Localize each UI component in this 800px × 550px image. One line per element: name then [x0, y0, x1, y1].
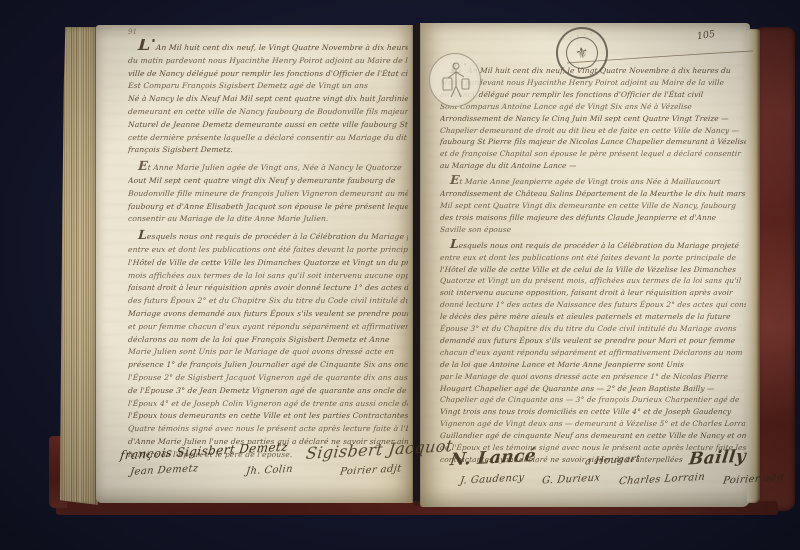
manuscript-line: de Nancy délégué pour remplir les foncti… — [440, 89, 747, 101]
manuscript-line: Quatorze et Vingt un du présent mois, af… — [440, 275, 747, 287]
manuscript-line: l'Hôtel de Ville de cette Ville les Dima… — [128, 257, 409, 270]
manuscript-line: Lesquels nous ont requis de procéder à l… — [440, 239, 747, 252]
manuscript-line: Lesquels nous ont requis de procéder à l… — [127, 229, 408, 244]
manuscript-line: Et Anne Marie Julien agée de Vingt ans, … — [127, 160, 408, 175]
manuscript-line: des trois maisons fille majeure des défu… — [440, 212, 747, 224]
signature-row: Jean DemetzJh. ColinPoirier adjt — [120, 465, 412, 476]
manuscript-line: de l'Épouse 3° de Jean Demetz Vigneron a… — [128, 385, 409, 398]
manuscript-line: le décès des père mère aïeuls et aïeules… — [440, 311, 747, 323]
manuscript-line: des futurs Époux 2° et du Chapitre Six d… — [128, 295, 409, 308]
manuscript-line: mois affichées aux termes de la loi sans… — [128, 270, 409, 283]
manuscript-line: L'An Mil huit cent dix neuf, le Vingt Qu… — [127, 39, 408, 55]
manuscript-line: Mariage avons demandé aux futurs Époux s… — [128, 308, 409, 321]
signature: Poirier adjt — [340, 463, 403, 477]
manuscript-line: l'Épouse 2° de Sigisbert Jacquot Vignero… — [128, 372, 409, 385]
manuscript-line: Matin pardevant nous Hyacinthe Henry Poi… — [440, 77, 747, 89]
photograph-of-register: { "document": { "kind": "Registre manusc… — [0, 0, 800, 550]
signature: a Hougart — [584, 454, 640, 468]
manuscript-line: l'Hôtel de ville de cette Ville et de ce… — [440, 264, 747, 276]
left-page-act-text: L'An Mil huit cent dix neuf, le Vingt Qu… — [128, 36, 408, 462]
manuscript-line: Vingt trois ans tous trois domiciliés en… — [440, 406, 747, 418]
manuscript-line: faisant droit à leur réquisition après a… — [128, 282, 409, 295]
manuscript-line: Guillandier agé de cinquante Neuf ans de… — [440, 430, 747, 442]
manuscript-line: du matin pardevant nous Hyacinthe Henry … — [128, 55, 409, 68]
manuscript-line: Chapelier agé de Cinquante ans — 3° de f… — [440, 394, 747, 406]
manuscript-line: par le Mariage de quoi avons dressé acte… — [440, 371, 747, 383]
manuscript-line: et de françoise Chapital son épouse le p… — [440, 148, 747, 160]
manuscript-line: ville de Nancy délégué pour remplir les … — [128, 68, 409, 81]
signature: Jh. Colin — [245, 464, 293, 478]
manuscript-line: Chapelier demeurant de droit au dit lieu… — [440, 125, 747, 137]
manuscript-line: au Mariage du dit Antoine Lance — — [440, 160, 747, 172]
manuscript-line: Boudonville fille mineure de françois Ju… — [128, 188, 409, 201]
signature: N. Lancé — [449, 446, 537, 471]
book-gutter-shadow — [411, 24, 421, 506]
left-page-signatures: françois Sigisbert DemetzSigisbert Jacqu… — [120, 440, 412, 476]
manuscript-line: et pour femme chacun d'eux ayant répondu… — [128, 321, 409, 334]
manuscript-line: soit intervenu aucune opposition, faisan… — [440, 287, 747, 299]
signature-row: françois Sigisbert DemetzSigisbert Jacqu… — [120, 440, 412, 459]
manuscript-line: chacun d'eux ayant répondu séparément et… — [440, 347, 747, 359]
signature-row: J. GaudencyG. DurieuxCharles LorrainPoir… — [450, 474, 746, 485]
manuscript-line: Saville son épouse — [440, 224, 747, 236]
manuscript-line: Et Marie Anne Jeanpierre agée de Vingt t… — [440, 175, 747, 188]
right-page-fore-edge — [747, 29, 760, 503]
crown-icon: ⚜ — [574, 44, 590, 61]
right-page-act-text: L'An Mil huit cent dix neuf, le Vingt Qu… — [440, 60, 746, 466]
manuscript-line: Arrondissement de Nancy le Cinq Juin Mil… — [440, 113, 747, 125]
manuscript-line: Aout Mil sept cent quatre vingt dix Neuf… — [128, 175, 409, 188]
manuscript-line: demeurant en cette ville de Nancy faubou… — [128, 106, 409, 119]
manuscript-line: Marie Julien sont Unis par le Mariage de… — [128, 346, 409, 359]
manuscript-line: Vigneron agé de Vingt deux ans — demeura… — [440, 418, 747, 430]
right-page-signatures: N. Lancéa HougartBaillyJ. GaudencyG. Dur… — [450, 448, 746, 485]
signature: Jean Demetz — [129, 463, 199, 478]
manuscript-line: Sont Comparus Antoine Lance agé de Vingt… — [440, 101, 747, 113]
manuscript-line: Naturel de Jeanne Demetz demeurante auss… — [128, 119, 409, 132]
revenue-stamp-medallion — [429, 53, 481, 107]
manuscript-line: de la loi que Antoine Lance et Marie Ann… — [440, 359, 747, 371]
allegorical-figure-icon — [438, 60, 472, 100]
manuscript-line: entre eux et dont les publications ont é… — [128, 244, 409, 257]
signature: G. Durieux — [542, 472, 602, 486]
manuscript-line: françois Sigisbert Demetz. — [128, 144, 409, 157]
signature: Bailly — [688, 446, 747, 469]
manuscript-line: consentir au Mariage de la dite Anne Mar… — [128, 213, 409, 226]
manuscript-line: l'Époux tous demeurants en cette Ville e… — [128, 410, 409, 423]
manuscript-line: Arrondissement de Château Salins Départe… — [440, 188, 747, 200]
manuscript-line: Mil sept cent Quatre Vingt dix demeurant… — [440, 200, 747, 212]
stacked-page-edges — [60, 27, 98, 505]
manuscript-line: demandé aux futurs Époux s'ils veulent s… — [440, 335, 747, 347]
manuscript-line: cette dernière présente laquelle a décla… — [128, 132, 409, 145]
manuscript-line: Quatre témoins signé avec nous le présen… — [128, 423, 409, 436]
manuscript-line: entre eux et dont les publications ont é… — [440, 252, 747, 264]
signature-row: N. Lancéa HougartBailly — [450, 448, 746, 468]
manuscript-line: Né à Nancy le dix Neuf Mai Mil sept cent… — [128, 93, 409, 106]
manuscript-line: déclarons au nom de la loi que François … — [128, 334, 409, 347]
manuscript-line: Épouse 3° et du Chapitre dix du titre du… — [440, 323, 747, 335]
manuscript-line: faubourg et d'Anne Elisabeth Jacquot son… — [128, 201, 409, 214]
manuscript-line: donné lecture 1° des actes de Naissance … — [440, 299, 747, 311]
manuscript-line: Hougart Chapelier agé de Quarante ans — … — [440, 383, 747, 395]
signature: françois Sigisbert Demetz — [119, 440, 289, 463]
manuscript-line: faubourg St Pierre fils majeur de Nicola… — [440, 136, 747, 148]
book-cover-right-edge — [757, 27, 795, 511]
signature: Charles Lorrain — [618, 472, 705, 488]
left-margin-number: 91 — [128, 28, 137, 36]
signature: J. Gaudency — [459, 472, 525, 486]
manuscript-line: présence 1° de françois Julien Journalie… — [128, 359, 409, 372]
manuscript-line: Est Comparu François Sigisbert Demetz ag… — [128, 80, 409, 93]
manuscript-line: l'Époux 4° et de Joseph Colin Vigneron a… — [128, 398, 409, 411]
